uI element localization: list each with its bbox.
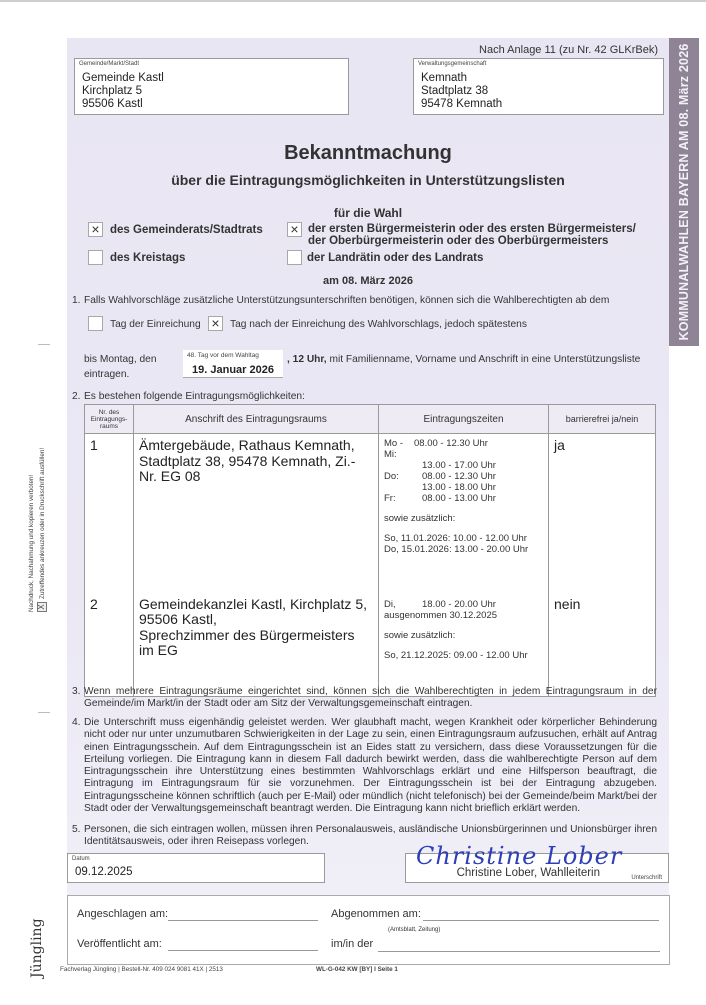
checkbox-tag-der-einreichung[interactable]	[88, 316, 103, 331]
signature-field[interactable]: Christine Lober Christine Lober, Wahllei…	[405, 853, 669, 883]
copyright-note: Nachdruck, Nachahmung und kopieren verbo…	[28, 475, 35, 612]
handwritten-signature: Christine Lober	[416, 842, 622, 870]
table-row: 1 Ämtergebäude, Rathaus Kemnath, Stadtpl…	[85, 434, 656, 579]
instruction-note: X Zutreffendes ankreuzen oder in Drucksc…	[37, 448, 47, 612]
section-3: 3. Wenn mehrere Eintragungsräume eingeri…	[72, 686, 657, 711]
top-border	[0, 0, 706, 2]
gemeinde-label: Gemeinde/Markt/Stadt	[79, 61, 139, 67]
bis-label: bis Montag, den	[84, 354, 157, 365]
row-times: Mo - Mi:08.00 - 12.30 Uhr 13.00 - 17.00 …	[379, 434, 549, 579]
deadline-value: 19. Januar 2026	[183, 364, 283, 376]
row-nr: 2	[85, 579, 134, 697]
gemeinde-box: Gemeinde/Markt/Stadt Gemeinde Kastl Kirc…	[74, 58, 349, 115]
label-kreistag: des Kreistags	[110, 252, 185, 264]
row-barrierefrei: nein	[549, 579, 656, 697]
label-buergermeister: der ersten Bürgermeisterin oder des erst…	[308, 223, 636, 247]
eintragungsraum-table: Nr. des Eintragungs-raums Anschrift des …	[84, 404, 656, 697]
posting-box: Angeschlagen am: Abgenommen am: Veröffen…	[67, 895, 670, 965]
vg-box: Verwaltungsgemeinschaft Kemnath Stadtpla…	[413, 58, 664, 115]
row-times: Di,18.00 - 20.00 Uhr ausgenommen 30.12.2…	[379, 579, 549, 697]
date-label: Datum	[72, 856, 90, 862]
page-subtitle: über die Eintragungsmöglichkeiten in Unt…	[67, 172, 669, 188]
column-header-zeiten: Eintragungszeiten	[379, 405, 549, 434]
column-header-barrierefrei: barrierefrei ja/nein	[549, 405, 656, 434]
deadline-continuation-2: eintragen.	[84, 369, 129, 380]
vg-label: Verwaltungsgemeinschaft	[418, 61, 486, 67]
column-header-nr: Nr. des Eintragungs-raums	[85, 405, 134, 434]
instruction-checkbox-icon: X	[37, 602, 47, 612]
gemeinde-address: Gemeinde Kastl Kirchplatz 5 95506 Kastl	[82, 72, 164, 111]
date-field[interactable]: Datum 09.12.2025	[67, 853, 325, 883]
amtsblatt-field[interactable]	[378, 951, 660, 952]
deadline-field[interactable]: 48. Tag vor dem Wahltag 19. Januar 2026	[183, 350, 283, 378]
anlage-reference: Nach Anlage 11 (zu Nr. 42 GLKrBek)	[479, 44, 658, 56]
section-2: 2. Es bestehen folgende Eintragungsmögli…	[72, 391, 657, 403]
deadline-continuation: , 12 Uhr, mit Familienname, Vorname und …	[287, 354, 640, 365]
footer-publisher: Fachverlag Jüngling | Bestell-Nr. 409 02…	[60, 966, 223, 973]
publisher-logo: Jüngling	[29, 918, 45, 978]
vg-address: Kemnath Stadtplatz 38 95478 Kemnath	[421, 72, 502, 111]
abgenommen-label: Abgenommen am:	[331, 908, 421, 920]
section-1: 1. Falls Wahlvorschläge zusätzliche Unte…	[72, 295, 657, 307]
angeschlagen-field[interactable]	[168, 920, 318, 921]
checkbox-kreistag[interactable]	[88, 250, 103, 265]
column-header-anschrift: Anschrift des Eintragungsraums	[134, 405, 379, 434]
fold-mark	[38, 344, 50, 345]
banner-text: KOMMUNALWAHLEN BAYERN AM 08. März 2026	[677, 43, 691, 340]
election-banner: KOMMUNALWAHLEN BAYERN AM 08. März 2026	[669, 38, 699, 346]
veroeffentlicht-label: Veröffentlicht am:	[77, 938, 162, 950]
row-address: Ämtergebäude, Rathaus Kemnath, Stadtplat…	[134, 434, 379, 579]
table-row: 2 Gemeindekanzlei Kastl, Kirchplatz 5, 9…	[85, 579, 656, 697]
deadline-hint: 48. Tag vor dem Wahltag	[187, 352, 259, 359]
label-landrat: der Landrätin oder des Landrats	[307, 252, 483, 264]
row-address: Gemeindekanzlei Kastl, Kirchplatz 5, 955…	[134, 579, 379, 697]
fold-mark	[38, 712, 50, 713]
checkbox-landrat[interactable]	[287, 250, 302, 265]
wahl-heading: für die Wahl	[67, 206, 669, 220]
checkbox-tag-nach-einreichung[interactable]: ×	[208, 316, 223, 331]
amtsblatt-hint: (Amtsblatt, Zeitung)	[388, 927, 440, 933]
abgenommen-field[interactable]	[423, 920, 659, 921]
checkbox-gemeinderat[interactable]: ×	[88, 222, 103, 237]
date-value: 09.12.2025	[75, 866, 133, 879]
label-tag-nach-einreichung: Tag nach der Einreichung des Wahlvorschl…	[230, 319, 527, 330]
veroeffentlicht-field[interactable]	[168, 950, 318, 951]
section-4: 4. Die Unterschrift muss eigenhändig gel…	[72, 717, 657, 815]
footer-form-id: WL-G-042 KW [BY] I Seite 1	[316, 966, 398, 973]
im-in-der-label: im/in der	[331, 938, 373, 950]
signature-label: Unterschrift	[631, 875, 662, 881]
checkbox-buergermeister[interactable]: ×	[287, 222, 302, 237]
label-gemeinderat: des Gemeinderats/Stadtrats	[110, 224, 263, 236]
angeschlagen-label: Angeschlagen am:	[77, 908, 168, 920]
signatory-name: Christine Lober, Wahlleiterin	[457, 867, 600, 879]
row-nr: 1	[85, 434, 134, 579]
page-title: Bekanntmachung	[67, 142, 669, 165]
row-barrierefrei: ja	[549, 434, 656, 579]
label-tag-der-einreichung: Tag der Einreichung	[110, 319, 201, 330]
election-date: am 08. März 2026	[67, 275, 669, 287]
